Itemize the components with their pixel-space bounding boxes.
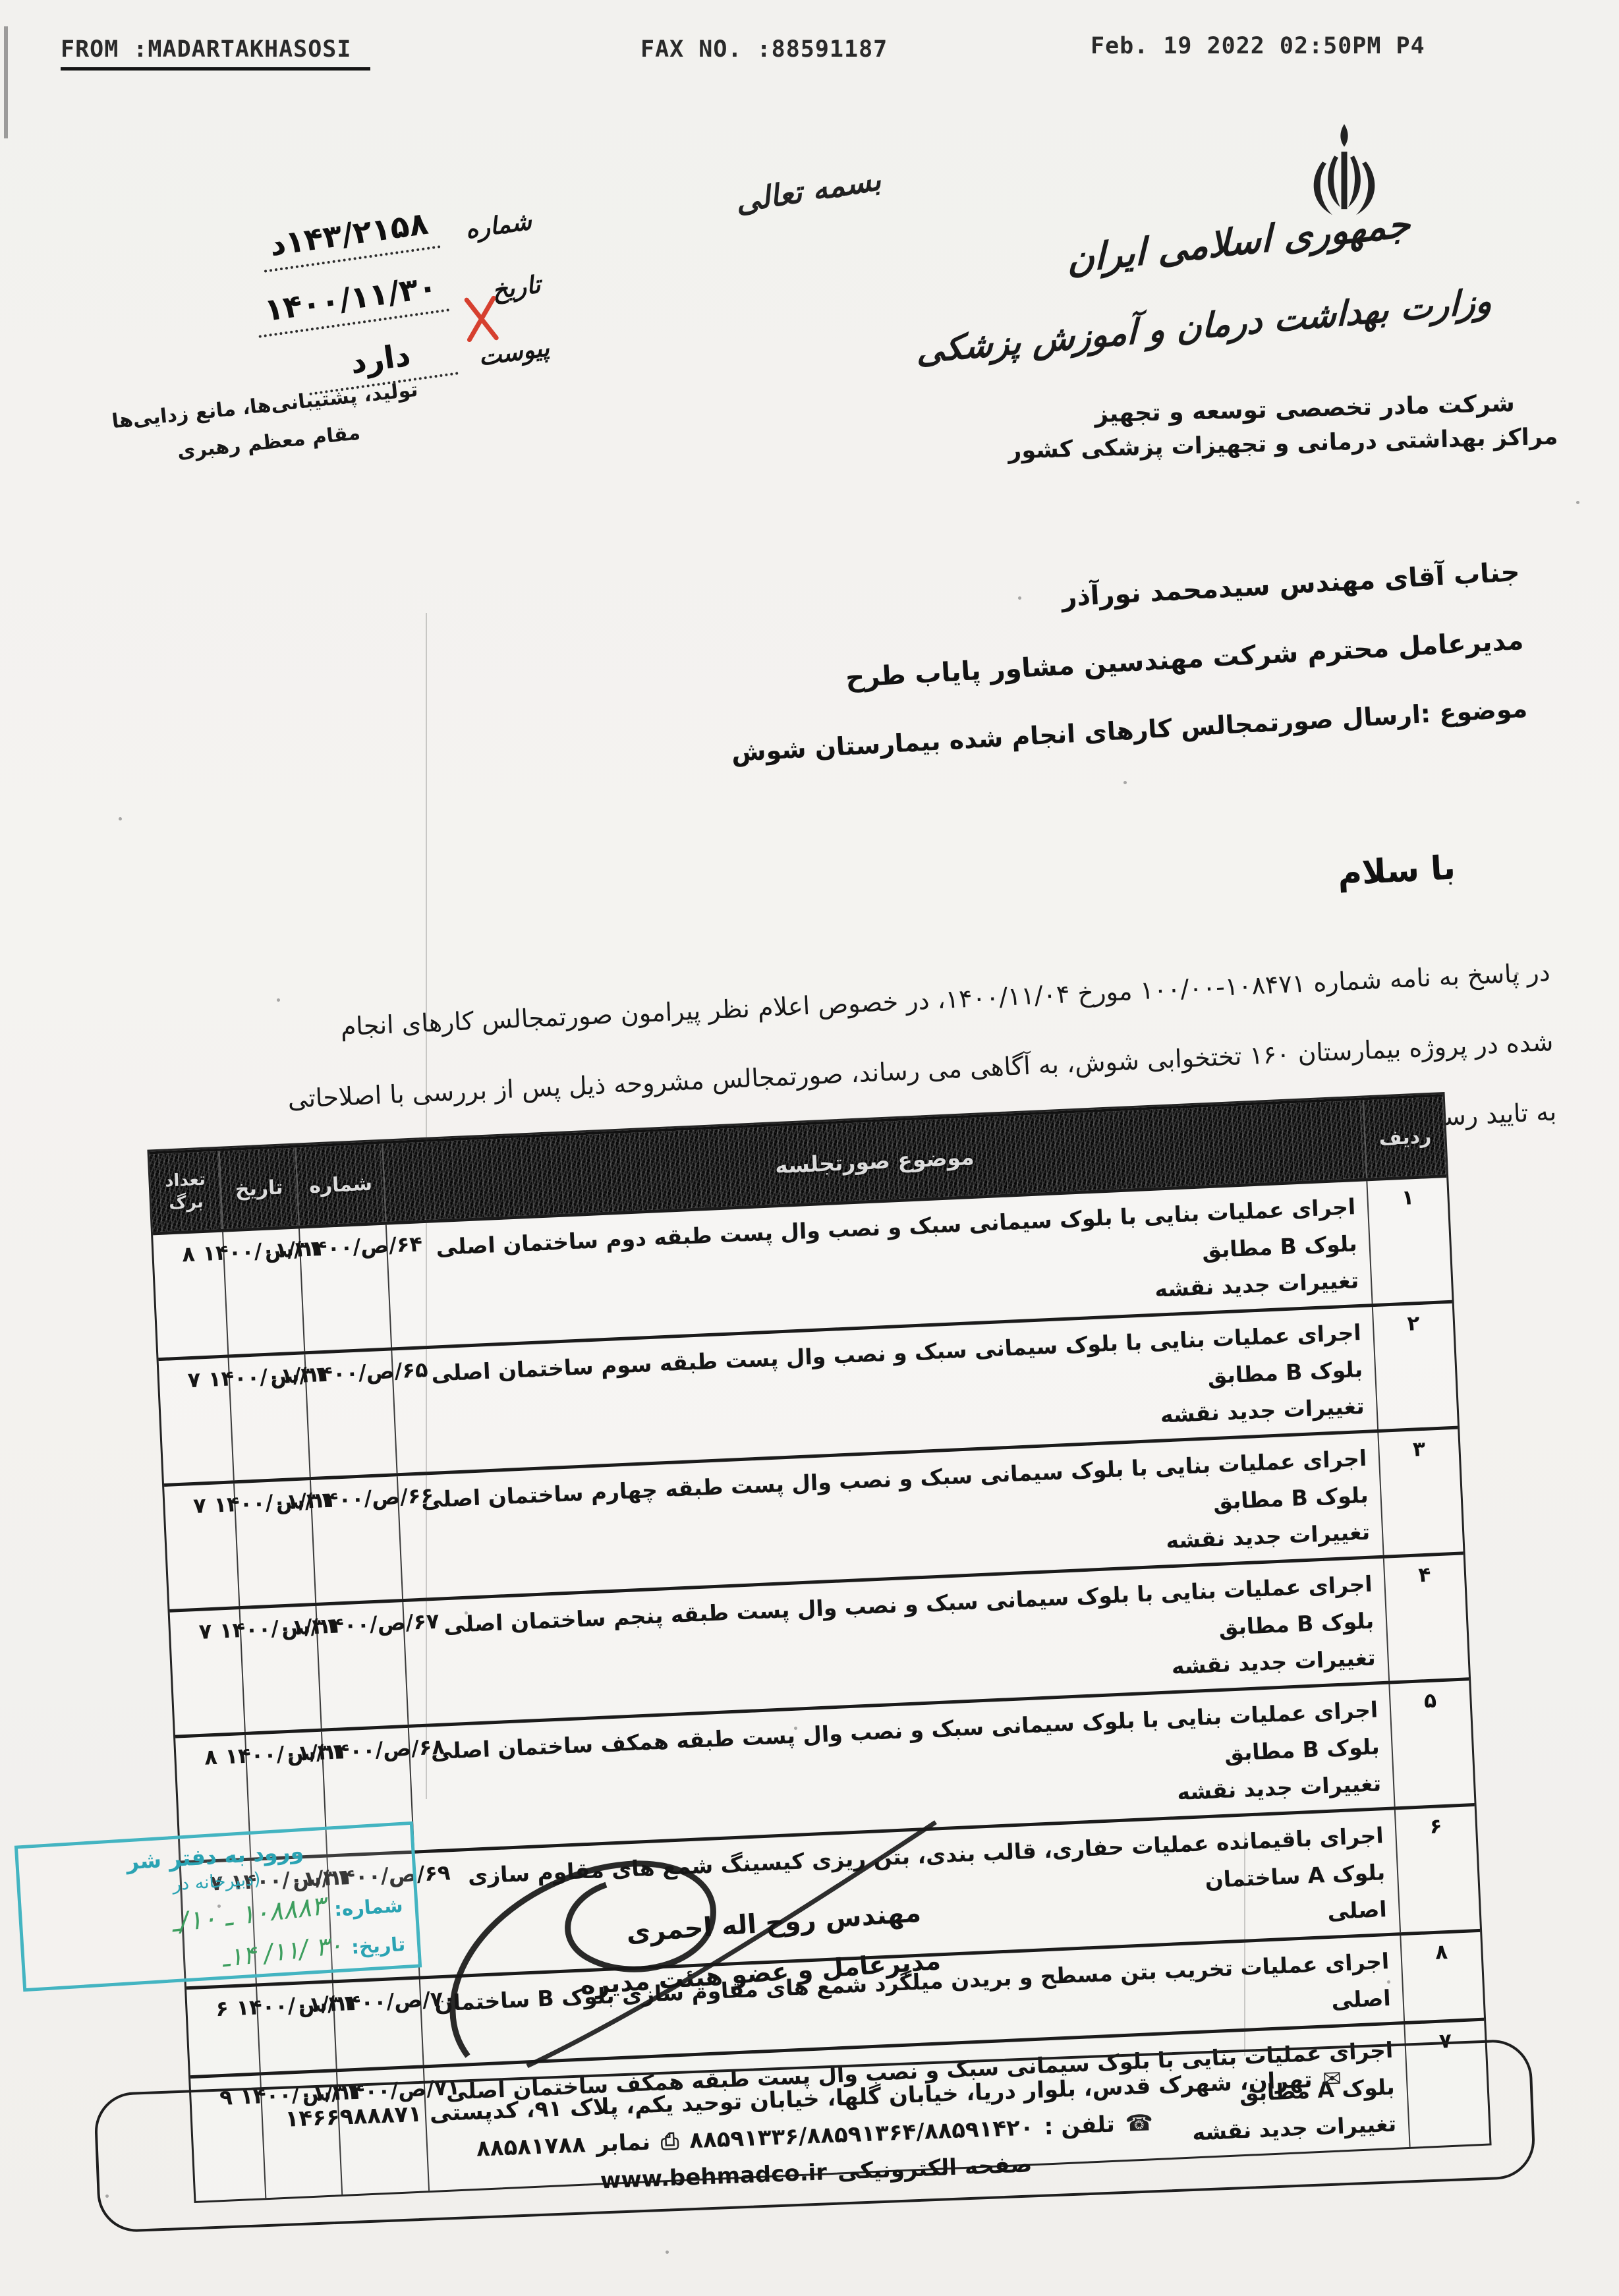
letterhead-org-line2: مراکز بهداشتی درمانی و تجهیزات پزشکی کشو… (1008, 424, 1536, 465)
scan-noise-dot (1576, 501, 1579, 504)
scan-noise-dot (1123, 781, 1127, 784)
row-count: ۷ (159, 1358, 233, 1483)
salutation-text: با سلام (1337, 848, 1457, 892)
fax-datetime: Feb. 19 2022 02:50PM P4 (1091, 33, 1425, 59)
row-number: ۸ (1400, 1932, 1484, 2021)
row-date: ۱۴۰۰/۰۱/۳۱ (239, 1606, 321, 1732)
row-date: ۱۴۰۰/۰۱/۳۱ (222, 1229, 304, 1355)
bismillah-text: بسمه تعالی (733, 161, 883, 219)
footer-web-line: صفحه الکترونیکی www.behmadco.ir (600, 2151, 1033, 2194)
row-number: ۶ (1394, 1806, 1480, 1932)
row-date: ۱۴۰۰/۰۱/۳۱ (256, 1983, 336, 2072)
row-date: ۱۴۰۰/۰۱/۳۱ (228, 1354, 310, 1480)
scan-noise-dot (1516, 972, 1519, 975)
recipient-name: جناب آقای مهندس سیدمحمد نورآذر (644, 557, 1520, 636)
letterhead-org-line1: شرکت مادر تخصصی توسعه و تجهیز (1074, 389, 1536, 428)
row-count: ۷ (164, 1483, 239, 1609)
scan-noise-dot (1018, 596, 1021, 600)
scan-noise-dot (1387, 1980, 1390, 1984)
scan-artifact-line (426, 613, 427, 1799)
row-number: ۴ (1383, 1555, 1469, 1680)
stamp-number-value: ۱۰۸۸۸۳ ـ ۱۰/ـ (169, 1891, 326, 1938)
header-count: تعداد برگ (150, 1151, 222, 1232)
letterhead-republic: جمهوری اسلامی ایران (1049, 201, 1429, 284)
footer-fax-number: ۸۸۵۸۱۷۸۸ (476, 2131, 586, 2162)
header-date: تاریخ (219, 1148, 298, 1229)
ref-number-value: ۱۴۳/۲۱۵۸د (258, 204, 441, 273)
fax-icon: ⎙ (660, 2128, 679, 2155)
header-number: شماره (295, 1144, 385, 1226)
row-count: ۸ (153, 1232, 227, 1358)
scan-noise-dot (277, 998, 280, 1002)
scan-noise-dot (217, 1905, 221, 1908)
recipient-title: مدیرعامل محترم شرکت مهندسین مشاور پایاب … (648, 625, 1524, 704)
row-number: ۲ (1372, 1304, 1458, 1429)
scan-artifact-line (1244, 1832, 1245, 2056)
phone-icon: ☎ (1125, 2109, 1154, 2137)
scan-noise-dot (119, 817, 122, 820)
scan-noise-dot (105, 2195, 109, 2198)
footer-web-label: صفحه الکترونیکی (837, 2151, 1033, 2185)
fax-header-underline (61, 67, 370, 71)
fax-number: FAX NO. :88591187 (640, 36, 888, 63)
scan-noise-dot (465, 1611, 468, 1615)
fax-from: FROM :MADARTAKHASOSI (61, 36, 351, 63)
ref-number-label: شماره (451, 207, 534, 246)
ref-date-value: ۱۴۰۰/۱۱/۳۰ (253, 268, 449, 338)
row-number: ۱ (1366, 1178, 1452, 1304)
letter-subject: موضوع :ارسال صورتمجالس کارهای انجام شده … (652, 694, 1528, 772)
red-x-mark-icon (457, 292, 504, 343)
scan-noise-dot (666, 2251, 669, 2254)
scan-noise-dot (794, 1727, 797, 1730)
row-date: ۱۴۰۰/۰۱/۳۱ (233, 1480, 315, 1606)
letterhead-ministry: وزارت بهداشت درمان و آموزش پزشکی (917, 290, 1390, 371)
header-radif: ردیف (1363, 1097, 1446, 1178)
stamp-date-value: ۳۰ /۱۱/ ۱۴ـ (220, 1930, 343, 1972)
footer-phone-label: تلفن : (1044, 2111, 1116, 2140)
address-icon: ✉ (1322, 2065, 1342, 2092)
row-count: ۶ (186, 1987, 260, 2076)
scan-edge-streak (4, 26, 8, 138)
footer-fax-label: نمابر (596, 2129, 651, 2158)
recipient-block: جناب آقای مهندس سیدمحمد نورآذر مدیرعامل … (644, 557, 1530, 810)
scanned-fax-page: FROM :MADARTAKHASOSI FAX NO. :88591187 F… (0, 0, 1619, 2296)
footer-phone-numbers: ۸۸۵۹۱۳۳۶/۸۸۵۹۱۳۶۴/۸۸۵۹۱۴۲۰ (689, 2114, 1034, 2154)
row-number: ۳ (1377, 1429, 1463, 1555)
row-number: ۵ (1388, 1680, 1474, 1806)
row-count: ۷ (170, 1609, 244, 1735)
footer-website: www.behmadco.ir (600, 2159, 827, 2194)
